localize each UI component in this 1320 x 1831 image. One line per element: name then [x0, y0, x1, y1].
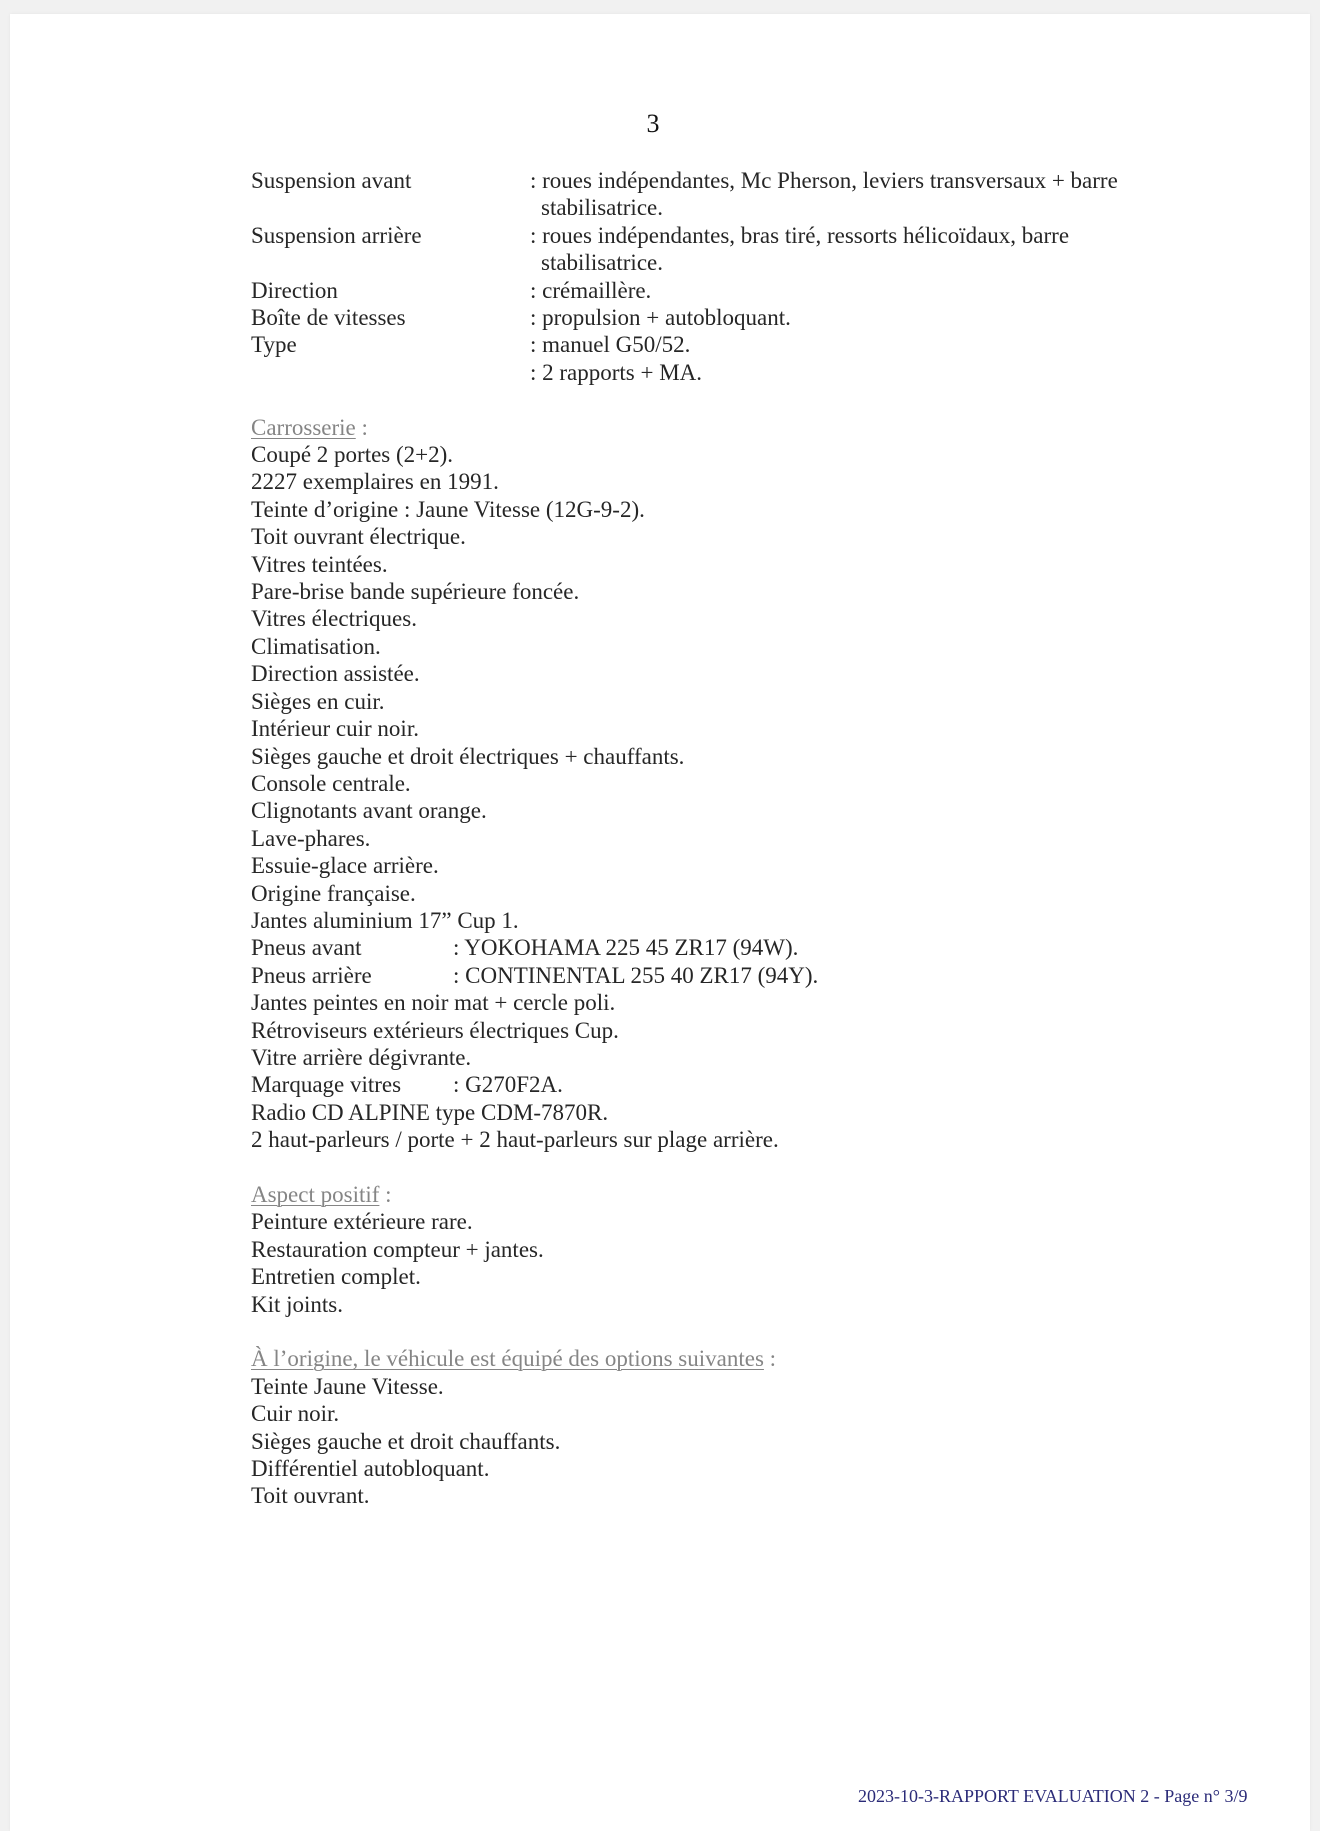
- list-item: Vitres électriques.: [251, 605, 1251, 632]
- spec-value-line: : roues indépendantes, Mc Pherson, levie…: [530, 167, 1220, 194]
- list-item: Jantes aluminium 17” Cup 1.: [251, 907, 1251, 934]
- spec-value-line: stabilisatrice.: [530, 249, 1220, 276]
- list-item: Restauration compteur + jantes.: [251, 1236, 1251, 1263]
- tyre-label: Pneus arrière: [251, 962, 453, 989]
- marking-label: Marquage vitres: [251, 1071, 453, 1098]
- page-footer: 2023-10-3-RAPPORT EVALUATION 2 - Page n°…: [858, 1786, 1247, 1807]
- list-item: Différentiel autobloquant.: [251, 1455, 1251, 1482]
- list-item: Peinture extérieure rare.: [251, 1208, 1251, 1235]
- list-item: Vitres teintées.: [251, 551, 1251, 578]
- spec-row: Suspension avant: roues indépendantes, M…: [251, 167, 1251, 222]
- section-heading-colon: :: [356, 415, 368, 440]
- list-item: Cuir noir.: [251, 1400, 1251, 1427]
- list-item: Rétroviseurs extérieurs électriques Cup.: [251, 1017, 1251, 1044]
- spec-value: : 2 rapports + MA.: [530, 359, 1220, 386]
- list-item: Coupé 2 portes (2+2).: [251, 441, 1251, 468]
- list-item: 2 haut-parleurs / porte + 2 haut-parleur…: [251, 1126, 1251, 1153]
- spec-label: [251, 359, 530, 386]
- list-item: Jantes peintes en noir mat + cercle poli…: [251, 989, 1251, 1016]
- spacer: [251, 386, 1251, 413]
- list-item: Console centrale.: [251, 770, 1251, 797]
- section-heading-text: À l’origine, le véhicule est équipé des …: [251, 1346, 764, 1371]
- section-heading-text: Aspect positif: [251, 1182, 379, 1207]
- section-aspect-positif: Aspect positif : Peinture extérieure rar…: [251, 1181, 1251, 1318]
- item-list: Peinture extérieure rare.Restauration co…: [251, 1208, 1251, 1318]
- spec-label: Type: [251, 331, 530, 358]
- section-heading: À l’origine, le véhicule est équipé des …: [251, 1345, 1251, 1372]
- page-content: Suspension avant: roues indépendantes, M…: [251, 167, 1251, 1510]
- tyre-front-row: Pneus avant: YOKOHAMA 225 45 ZR17 (94W).: [251, 934, 1251, 961]
- list-item: Essuie-glace arrière.: [251, 852, 1251, 879]
- spacer: [251, 1154, 1251, 1181]
- list-item: 2227 exemplaires en 1991.: [251, 468, 1251, 495]
- section-heading: Aspect positif :: [251, 1181, 1251, 1208]
- list-item: Teinte d’origine : Jaune Vitesse (12G-9-…: [251, 496, 1251, 523]
- section-options: À l’origine, le véhicule est équipé des …: [251, 1345, 1251, 1509]
- section-heading: Carrosserie :: [251, 414, 1251, 441]
- item-list: Radio CD ALPINE type CDM-7870R.2 haut-pa…: [251, 1099, 1251, 1154]
- page-number: 3: [10, 109, 1296, 139]
- list-item: Toit ouvrant.: [251, 1482, 1251, 1509]
- tyre-value: : CONTINENTAL 255 40 ZR17 (94Y).: [453, 963, 818, 988]
- list-item: Sièges en cuir.: [251, 688, 1251, 715]
- tyre-rear-row: Pneus arrière: CONTINENTAL 255 40 ZR17 (…: [251, 962, 1251, 989]
- spec-row: Type: manuel G50/52.: [251, 331, 1251, 358]
- spec-value-line: : roues indépendantes, bras tiré, ressor…: [530, 222, 1220, 249]
- list-item: Direction assistée.: [251, 660, 1251, 687]
- list-item: Vitre arrière dégivrante.: [251, 1044, 1251, 1071]
- list-item: Clignotants avant orange.: [251, 797, 1251, 824]
- spacer: [251, 1318, 1251, 1345]
- list-item: Sièges gauche et droit électriques + cha…: [251, 743, 1251, 770]
- section-heading-colon: :: [764, 1346, 776, 1371]
- spec-value: : propulsion + autobloquant.: [530, 304, 1220, 331]
- list-item: Radio CD ALPINE type CDM-7870R.: [251, 1099, 1251, 1126]
- spec-label: Boîte de vitesses: [251, 304, 530, 331]
- spec-row: Suspension arrière: roues indépendantes,…: [251, 222, 1251, 277]
- section-carrosserie: Carrosserie : Coupé 2 portes (2+2).2227 …: [251, 414, 1251, 1154]
- list-item: Intérieur cuir noir.: [251, 715, 1251, 742]
- spec-row: Direction: crémaillère.: [251, 277, 1251, 304]
- item-list: Teinte Jaune Vitesse.Cuir noir.Sièges ga…: [251, 1373, 1251, 1510]
- document-page: 3 Suspension avant: roues indépendantes,…: [10, 14, 1310, 1831]
- list-item: Lave-phares.: [251, 825, 1251, 852]
- spec-value-line: stabilisatrice.: [530, 194, 1220, 221]
- list-item: Entretien complet.: [251, 1263, 1251, 1290]
- spec-value: : crémaillère.: [530, 277, 1220, 304]
- spec-label: Suspension avant: [251, 167, 530, 194]
- list-item: Climatisation.: [251, 633, 1251, 660]
- marking-row: Marquage vitres: G270F2A.: [251, 1071, 1251, 1098]
- spec-table: Suspension avant: roues indépendantes, M…: [251, 167, 1251, 386]
- section-heading-colon: :: [379, 1182, 391, 1207]
- list-item: Teinte Jaune Vitesse.: [251, 1373, 1251, 1400]
- section-heading-text: Carrosserie: [251, 415, 356, 440]
- spec-row: Boîte de vitesses: propulsion + autobloq…: [251, 304, 1251, 331]
- list-item: Toit ouvrant électrique.: [251, 523, 1251, 550]
- list-item: Pare-brise bande supérieure foncée.: [251, 578, 1251, 605]
- item-list: Jantes peintes en noir mat + cercle poli…: [251, 989, 1251, 1071]
- tyre-label: Pneus avant: [251, 934, 453, 961]
- spec-value: : roues indépendantes, Mc Pherson, levie…: [530, 167, 1220, 222]
- marking-value: : G270F2A.: [453, 1072, 563, 1097]
- spec-value: : manuel G50/52.: [530, 331, 1220, 358]
- spec-label: Direction: [251, 277, 530, 304]
- spec-row: : 2 rapports + MA.: [251, 359, 1251, 386]
- list-item: Kit joints.: [251, 1291, 1251, 1318]
- tyre-value: : YOKOHAMA 225 45 ZR17 (94W).: [453, 935, 798, 960]
- item-list: Coupé 2 portes (2+2).2227 exemplaires en…: [251, 441, 1251, 934]
- spec-label: Suspension arrière: [251, 222, 530, 249]
- spec-value: : roues indépendantes, bras tiré, ressor…: [530, 222, 1220, 277]
- list-item: Sièges gauche et droit chauffants.: [251, 1428, 1251, 1455]
- list-item: Origine française.: [251, 880, 1251, 907]
